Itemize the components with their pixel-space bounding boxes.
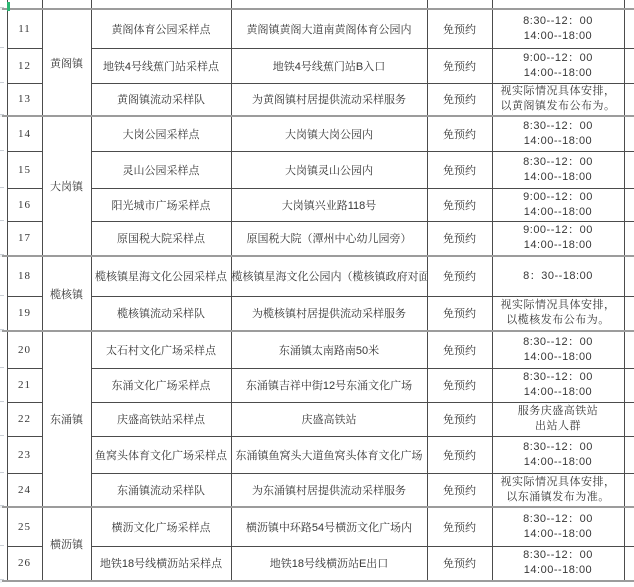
town-cell: 黄阁镇 (42, 9, 91, 116)
site-name-cell: 灵山公园采样点 (91, 151, 231, 188)
sampling-sites-table: 11黄阁镇黄阁体育公园采样点黄阁镇黄阁大道南黄阁体育公园内免预约8:30--12… (0, 0, 634, 582)
margin-cell (0, 221, 7, 256)
hours-cell: 8:30--12：00 14:00--18:00 (492, 507, 624, 546)
right-edge-cell (624, 83, 634, 116)
booking-cell: 免预约 (427, 188, 492, 221)
address-cell: 东涌镇吉祥中街12号东涌文化广场 (231, 368, 427, 402)
table-row: 12地铁4号线蕉门站采样点地铁4号线蕉门站B入口免预约9:00--12：00 1… (0, 48, 634, 83)
hours-cell: 9:00--12：00 14:00--18:00 (492, 221, 624, 256)
hours-cell: 视实际情况具体安排， 以东涌镇发布为准。 (492, 473, 624, 507)
hours-cell: 9:00--12：00 14:00--18:00 (492, 48, 624, 83)
hours-cell: 视实际情况具体安排， 以榄核发布公布为。 (492, 296, 624, 331)
address-cell: 地铁4号线蕉门站B入口 (231, 48, 427, 83)
row-number-cell: 25 (7, 507, 42, 546)
selection-corner-tick (7, 2, 10, 11)
site-name-cell: 原国税大院采样点 (91, 221, 231, 256)
margin-cell (0, 368, 7, 402)
site-name-cell: 太石村文化广场采样点 (91, 331, 231, 368)
table-row: 13黄阁镇流动采样队为黄阁镇村居提供流动采样服务免预约视实际情况具体安排， 以黄… (0, 83, 634, 116)
site-name-cell: 庆盛高铁站采样点 (91, 402, 231, 436)
address-cell: 原国税大院（潭州中心幼儿园旁） (231, 221, 427, 256)
hours-cell: 8:30--12：00 14:00--18:00 (492, 546, 624, 581)
hours-cell: 8:30--12：00 14:00--18:00 (492, 9, 624, 48)
address-cell: 为榄核镇村居提供流动采样服务 (231, 296, 427, 331)
address-cell: 为东涌镇村居提供流动采样服务 (231, 473, 427, 507)
site-name-cell: 黄阁体育公园采样点 (91, 9, 231, 48)
booking-cell: 免预约 (427, 368, 492, 402)
booking-cell: 免预约 (427, 331, 492, 368)
right-edge-cell (624, 296, 634, 331)
row-number-cell: 16 (7, 188, 42, 221)
cropped-cell (91, 0, 231, 9)
margin-cell (0, 48, 7, 83)
hours-cell: 8:30--12：00 14:00--18:00 (492, 116, 624, 151)
booking-cell: 免预约 (427, 221, 492, 256)
right-edge-cell (624, 151, 634, 188)
site-name-cell: 阳光城市广场采样点 (91, 188, 231, 221)
right-edge-cell (624, 436, 634, 473)
hours-cell: 9:00--12：00 14:00--18:00 (492, 188, 624, 221)
row-number-cell: 17 (7, 221, 42, 256)
town-cell: 大岗镇 (42, 116, 91, 256)
cropped-cell (231, 0, 427, 9)
row-number-cell: 14 (7, 116, 42, 151)
right-edge-cell (624, 188, 634, 221)
address-cell: 榄核镇星海文化公园内（榄核镇政府对面） (231, 256, 427, 296)
booking-cell: 免预约 (427, 151, 492, 188)
booking-cell: 免预约 (427, 9, 492, 48)
margin-cell (0, 507, 7, 546)
cropped-cell (42, 0, 91, 9)
row-number-cell: 22 (7, 402, 42, 436)
hours-cell: 8：30--18:00 (492, 256, 624, 296)
margin-cell (0, 83, 7, 116)
row-number-cell: 19 (7, 296, 42, 331)
table-body: 11黄阁镇黄阁体育公园采样点黄阁镇黄阁大道南黄阁体育公园内免预约8:30--12… (0, 0, 634, 581)
booking-cell: 免预约 (427, 473, 492, 507)
site-name-cell: 黄阁镇流动采样队 (91, 83, 231, 116)
cropped-cell (427, 0, 492, 9)
margin-cell (0, 256, 7, 296)
site-name-cell: 榄核镇流动采样队 (91, 296, 231, 331)
table-row: 25横沥镇横沥文化广场采样点横沥镇中环路54号横沥文化广场内免预约8:30--1… (0, 507, 634, 546)
row-number-cell: 18 (7, 256, 42, 296)
site-name-cell: 横沥文化广场采样点 (91, 507, 231, 546)
table-row: 23鱼窝头体育文化广场采样点东涌镇鱼窝头大道鱼窝头体育文化广场免预约8:30--… (0, 436, 634, 473)
booking-cell: 免预约 (427, 116, 492, 151)
table-row: 14大岗镇大岗公园采样点大岗镇大岗公园内免预约8:30--12：00 14:00… (0, 116, 634, 151)
town-cell: 东涌镇 (42, 331, 91, 507)
row-number-cell: 15 (7, 151, 42, 188)
address-cell: 大岗镇兴业路118号 (231, 188, 427, 221)
margin-cell (0, 546, 7, 581)
margin-cell (0, 436, 7, 473)
address-cell: 庆盛高铁站 (231, 402, 427, 436)
margin-cell (0, 116, 7, 151)
row-number-cell: 23 (7, 436, 42, 473)
table-row: 24东涌镇流动采样队为东涌镇村居提供流动采样服务免预约视实际情况具体安排， 以东… (0, 473, 634, 507)
right-edge-cell (624, 473, 634, 507)
row-number-cell: 13 (7, 83, 42, 116)
table-row: 15灵山公园采样点大岗镇灵山公园内免预约8:30--12：00 14:00--1… (0, 151, 634, 188)
right-edge-cropped-cell (624, 0, 634, 9)
row-number-cell: 24 (7, 473, 42, 507)
booking-cell: 免预约 (427, 48, 492, 83)
hours-cell: 8:30--12：00 14:00--18:00 (492, 151, 624, 188)
right-edge-cell (624, 331, 634, 368)
site-name-cell: 地铁18号线横沥站采样点 (91, 546, 231, 581)
address-cell: 黄阁镇黄阁大道南黄阁体育公园内 (231, 9, 427, 48)
town-cell: 榄核镇 (42, 256, 91, 331)
site-name-cell: 大岗公园采样点 (91, 116, 231, 151)
site-name-cell: 东涌镇流动采样队 (91, 473, 231, 507)
address-cell: 东涌镇太南路南50米 (231, 331, 427, 368)
row-number-cell: 11 (7, 9, 42, 48)
row-number-cell: 21 (7, 368, 42, 402)
booking-cell: 免预约 (427, 256, 492, 296)
town-cell: 横沥镇 (42, 507, 91, 581)
table-row: 20东涌镇太石村文化广场采样点东涌镇太南路南50米免预约8:30--12：00 … (0, 331, 634, 368)
right-edge-cell (624, 368, 634, 402)
right-edge-cell (624, 221, 634, 256)
right-edge-cell (624, 116, 634, 151)
address-cell: 横沥镇中环路54号横沥文化广场内 (231, 507, 427, 546)
address-cell: 大岗镇灵山公园内 (231, 151, 427, 188)
booking-cell: 免预约 (427, 402, 492, 436)
margin-cell (0, 331, 7, 368)
booking-cell: 免预约 (427, 546, 492, 581)
margin-cell (0, 151, 7, 188)
address-cell: 东涌镇鱼窝头大道鱼窝头体育文化广场 (231, 436, 427, 473)
address-cell: 大岗镇大岗公园内 (231, 116, 427, 151)
margin-cell (0, 9, 7, 48)
address-cell: 地铁18号线横沥站E出口 (231, 546, 427, 581)
table-row: 11黄阁镇黄阁体育公园采样点黄阁镇黄阁大道南黄阁体育公园内免预约8:30--12… (0, 9, 634, 48)
table-row: 22庆盛高铁站采样点庆盛高铁站免预约服务庆盛高铁站 出站人群 (0, 402, 634, 436)
site-name-cell: 东涌文化广场采样点 (91, 368, 231, 402)
cropped-cell (7, 0, 42, 9)
hours-cell: 8:30--12：00 14:00--18:00 (492, 368, 624, 402)
right-edge-cell (624, 546, 634, 581)
margin-cell (0, 296, 7, 331)
hours-cell: 8:30--12：00 14:00--18:00 (492, 436, 624, 473)
table-row: 19榄核镇流动采样队为榄核镇村居提供流动采样服务免预约视实际情况具体安排， 以榄… (0, 296, 634, 331)
booking-cell: 免预约 (427, 436, 492, 473)
booking-cell: 免预约 (427, 83, 492, 116)
row-number-cell: 26 (7, 546, 42, 581)
right-edge-cell (624, 256, 634, 296)
site-name-cell: 榄核镇星海文化公园采样点 (91, 256, 231, 296)
margin-cell (0, 0, 7, 9)
right-edge-cell (624, 507, 634, 546)
spreadsheet-screenshot: { "colors": { "selection_tick_green": "#… (0, 0, 634, 587)
hours-cell: 视实际情况具体安排， 以黄阁镇发布公布为。 (492, 83, 624, 116)
booking-cell: 免预约 (427, 296, 492, 331)
table-row: 21东涌文化广场采样点东涌镇吉祥中街12号东涌文化广场免预约8:30--12：0… (0, 368, 634, 402)
table-row: 16阳光城市广场采样点大岗镇兴业路118号免预约9:00--12：00 14:0… (0, 188, 634, 221)
right-edge-cell (624, 9, 634, 48)
right-edge-cell (624, 402, 634, 436)
row-number-cell: 12 (7, 48, 42, 83)
row-number-cell: 20 (7, 331, 42, 368)
site-name-cell: 鱼窝头体育文化广场采样点 (91, 436, 231, 473)
margin-cell (0, 473, 7, 507)
table-row: 18榄核镇榄核镇星海文化公园采样点榄核镇星海文化公园内（榄核镇政府对面）免预约8… (0, 256, 634, 296)
margin-cell (0, 188, 7, 221)
cropped-cell (492, 0, 624, 9)
margin-cell (0, 402, 7, 436)
hours-cell: 8:30--12：00 14:00--18:00 (492, 331, 624, 368)
table-row: 26地铁18号线横沥站采样点地铁18号线横沥站E出口免预约8:30--12：00… (0, 546, 634, 581)
right-edge-cell (624, 48, 634, 83)
site-name-cell: 地铁4号线蕉门站采样点 (91, 48, 231, 83)
cropped-top-row (0, 0, 634, 9)
table-row: 17原国税大院采样点原国税大院（潭州中心幼儿园旁）免预约9:00--12：00 … (0, 221, 634, 256)
address-cell: 为黄阁镇村居提供流动采样服务 (231, 83, 427, 116)
hours-cell: 服务庆盛高铁站 出站人群 (492, 402, 624, 436)
booking-cell: 免预约 (427, 507, 492, 546)
